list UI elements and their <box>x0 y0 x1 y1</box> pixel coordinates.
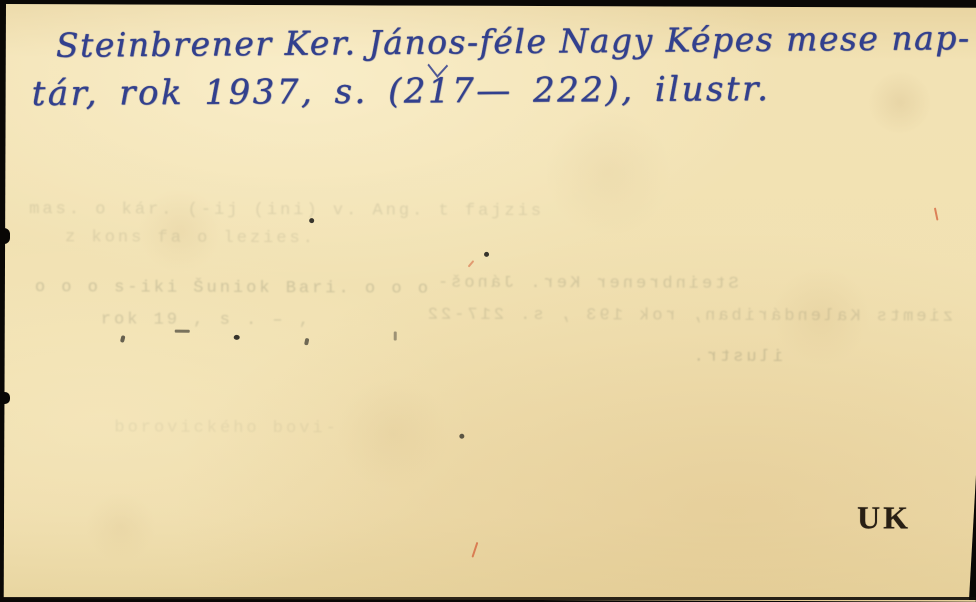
catalog-card: Steinbrener Ker. János-féle Nagy Képes m… <box>4 4 976 600</box>
ghost-text-line-mirrored: ziemts Kalendáriban, rok 193 , s. 217-22 <box>425 306 953 327</box>
scan-edge-shadow <box>969 475 976 600</box>
uk-stamp: UK <box>857 499 911 536</box>
handwritten-title-line-1: Steinbrener Ker. János-féle Nagy Képes m… <box>56 18 971 65</box>
ghost-text-line: o o o s-iki Šuniok Bari. o o o <box>35 278 431 299</box>
ink-speck <box>175 330 190 333</box>
ghost-text-line: rok 19 , s . – , <box>101 310 312 330</box>
ink-speck <box>234 335 240 340</box>
ink-speck <box>484 252 489 257</box>
ghost-text-line: z kons fa o lezies. <box>65 228 316 248</box>
handwritten-title-line-2: tár, rok 1937, s. (217— 222), ilustr. <box>32 69 771 114</box>
ghost-text-line-mirrored: Steinbrener Ker. Jánoš- <box>435 274 739 294</box>
ink-speck <box>459 434 464 439</box>
ink-speck <box>394 331 397 340</box>
ink-speck <box>309 218 314 223</box>
scan-edge-notch <box>0 392 10 404</box>
ghost-text-line: mas. o kár. (-ij (ini) v. Ang. t fajzis <box>29 200 544 221</box>
ghost-text-line: borovického bovi- <box>114 418 339 438</box>
ghost-text-line-mirrored: ilustr. <box>691 348 783 367</box>
scan-edge-notch <box>0 228 10 244</box>
